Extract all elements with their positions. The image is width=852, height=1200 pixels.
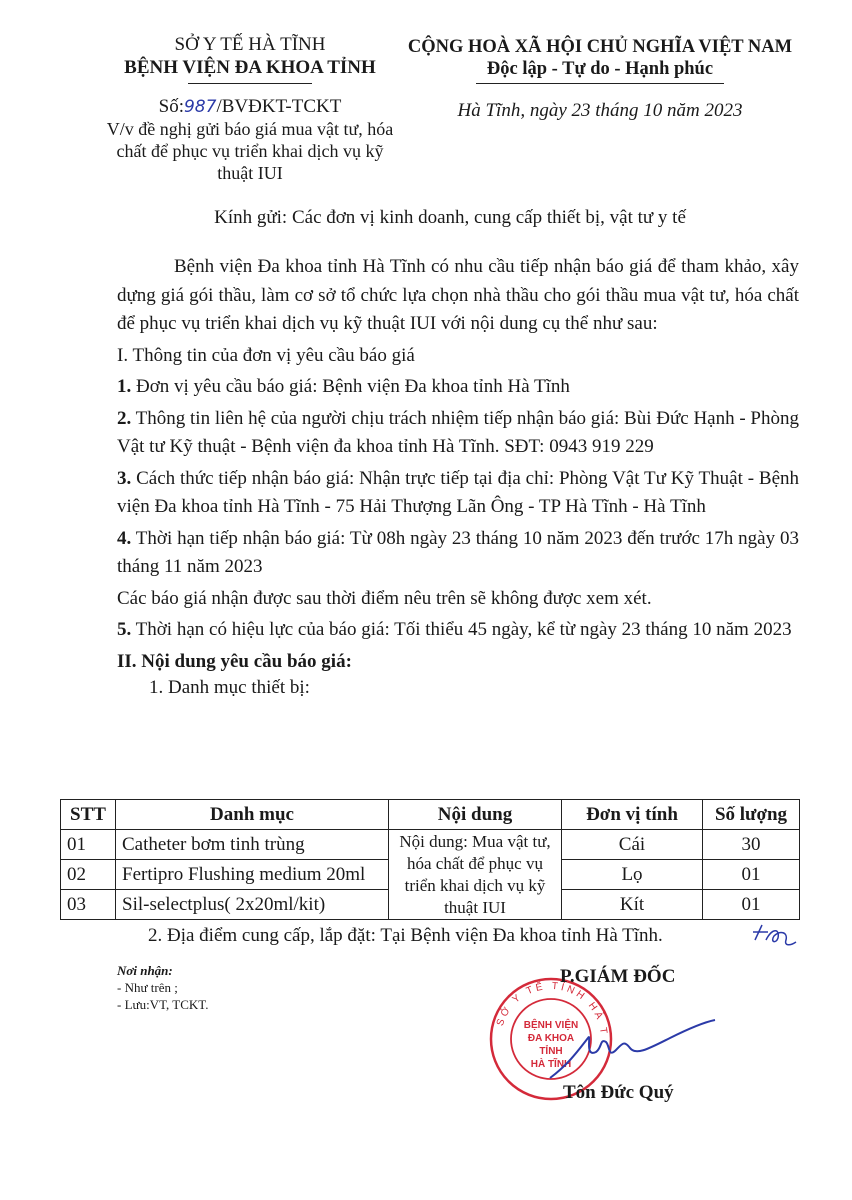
nation-title: CỘNG HOÀ XÃ HỘI CHỦ NGHĨA VIỆT NAM — [400, 36, 800, 58]
cell-stt: 03 — [61, 890, 116, 920]
section1-item-3: 3. Cách thức tiếp nhận báo giá: Nhận trự… — [117, 465, 799, 522]
cell-stt: 02 — [61, 860, 116, 890]
divider — [188, 83, 312, 84]
issuer-block: SỞ Y TẾ HÀ TĨNH BỆNH VIỆN ĐA KHOA TỈNH S… — [100, 33, 400, 184]
signer-name: Tôn Đức Quý — [563, 1082, 674, 1104]
item-text: Cách thức tiếp nhận báo giá: Nhận trực t… — [117, 468, 799, 518]
item-text: Thông tin liên hệ của người chịu trách n… — [117, 408, 799, 458]
table-row: 01 Catheter bơm tinh trùng Nội dung: Mua… — [61, 830, 800, 860]
recipient-line: - Như trên ; — [117, 979, 209, 996]
item-number: 5. — [117, 619, 131, 640]
item-text: Thời hạn có hiệu lực của báo giá: Tối th… — [131, 619, 791, 640]
cell-quantity: 01 — [703, 890, 800, 920]
signer-title: P.GIÁM ĐỐC — [560, 966, 675, 988]
cell-quantity: 01 — [703, 860, 800, 890]
equipment-table: STT Danh mục Nội dung Đơn vị tính Số lượ… — [60, 799, 800, 920]
section1-item-4: 4. Thời hạn tiếp nhận báo giá: Từ 08h ng… — [117, 525, 799, 582]
item-number: 2. — [117, 408, 131, 429]
document-date: Hà Tĩnh, ngày 23 tháng 10 năm 2023 — [400, 100, 800, 122]
hospital-name: BỆNH VIỆN ĐA KHOA TỈNH — [100, 57, 400, 79]
recipients-title: Nơi nhận: — [117, 962, 209, 979]
cell-quantity: 30 — [703, 830, 800, 860]
cell-name: Fertipro Flushing medium 20ml — [116, 860, 389, 890]
agency-name: SỞ Y TẾ HÀ TĨNH — [100, 33, 400, 57]
section2-title: II. Nội dung yêu cầu báo giá: — [117, 648, 799, 677]
section2-sub2: 2. Địa điểm cung cấp, lắp đặt: Tại Bệnh … — [148, 925, 663, 947]
item-text: Đơn vị yêu cầu báo giá: Bệnh viện Đa kho… — [131, 376, 570, 397]
item-number: 1. — [117, 376, 131, 397]
document-number: Số:987/BVĐKT-TCKT — [100, 96, 400, 118]
col-content: Nội dung — [389, 800, 562, 830]
col-stt: STT — [61, 800, 116, 830]
addressee: Kính gửi: Các đơn vị kinh doanh, cung cấ… — [100, 207, 800, 229]
table-header-row: STT Danh mục Nội dung Đơn vị tính Số lượ… — [61, 800, 800, 830]
section1-item-5: 5. Thời hạn có hiệu lực của báo giá: Tối… — [117, 616, 799, 645]
section1-item-1: 1. Đơn vị yêu cầu báo giá: Bệnh viện Đa … — [117, 373, 799, 402]
col-name: Danh mục — [116, 800, 389, 830]
motto: Độc lập - Tự do - Hạnh phúc — [400, 58, 800, 80]
divider — [476, 83, 724, 84]
cell-name: Sil-selectplus( 2x20ml/kit) — [116, 890, 389, 920]
signature-icon — [540, 1018, 720, 1088]
item-number: 4. — [117, 528, 131, 549]
section1-title: I. Thông tin của đơn vị yêu cầu báo giá — [117, 342, 799, 371]
cell-name: Catheter bơm tinh trùng — [116, 830, 389, 860]
item-text: Thời hạn tiếp nhận báo giá: Từ 08h ngày … — [117, 528, 799, 578]
cell-unit: Cái — [562, 830, 703, 860]
section1-item-2: 2. Thông tin liên hệ của người chịu trác… — [117, 405, 799, 462]
col-unit: Đơn vị tính — [562, 800, 703, 830]
document-body: Bệnh viện Đa khoa tỉnh Hà Tĩnh có nhu cầ… — [117, 253, 799, 700]
cell-stt: 01 — [61, 830, 116, 860]
cell-unit: Kít — [562, 890, 703, 920]
recipients-block: Nơi nhận: - Như trên ; - Lưu:VT, TCKT. — [117, 962, 209, 1013]
intro-paragraph: Bệnh viện Đa khoa tỉnh Hà Tĩnh có nhu cầ… — [117, 253, 799, 339]
section2-sub1: 1. Danh mục thiết bị: — [117, 676, 799, 700]
handwritten-initials — [750, 920, 800, 950]
cell-unit: Lọ — [562, 860, 703, 890]
handwritten-number: 987 — [184, 97, 216, 117]
item-number: 3. — [117, 468, 131, 489]
document-subject: V/v đề nghị gửi báo giá mua vật tư, hóa … — [100, 118, 400, 184]
col-quantity: Số lượng — [703, 800, 800, 830]
recipient-line: - Lưu:VT, TCKT. — [117, 996, 209, 1013]
section1-note: Các báo giá nhận được sau thời điểm nêu … — [117, 585, 799, 614]
cell-content: Nội dung: Mua vật tư, hóa chất để phục v… — [389, 830, 562, 920]
number-prefix: Số: — [159, 96, 184, 117]
national-header: CỘNG HOÀ XÃ HỘI CHỦ NGHĨA VIỆT NAM Độc l… — [400, 36, 800, 122]
number-suffix: /BVĐKT-TCKT — [216, 96, 341, 117]
